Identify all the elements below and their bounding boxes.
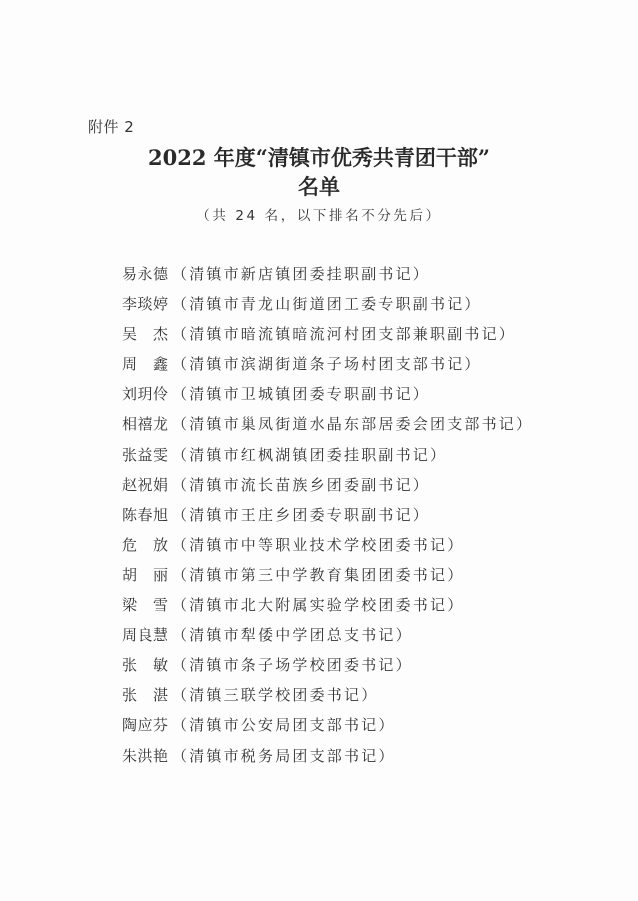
list-item: 危 放（清镇市中等职业技术学校团委书记） bbox=[122, 530, 582, 560]
honoree-position: （清镇市卫城镇团委专职副书记） bbox=[172, 385, 430, 403]
honoree-name: 胡 丽 bbox=[122, 560, 172, 590]
list-item: 赵祝娟（清镇市流长苗族乡团委副书记） bbox=[122, 470, 582, 500]
honoree-position: （清镇市北大附属实验学校团委书记） bbox=[172, 596, 464, 614]
honoree-position: （清镇市红枫湖镇团委挂职副书记） bbox=[172, 446, 447, 464]
honoree-name: 吴 杰 bbox=[122, 319, 172, 349]
list-item: 胡 丽（清镇市第三中学教育集团团委书记） bbox=[122, 560, 582, 590]
honoree-position: （清镇市流长苗族乡团委副书记） bbox=[172, 476, 430, 494]
honoree-position: （清镇市巢凤街道水晶东部居委会团支部书记） bbox=[172, 415, 533, 433]
honoree-position: （清镇市第三中学教育集团团委书记） bbox=[172, 566, 464, 584]
honoree-name: 危 放 bbox=[122, 530, 172, 560]
honoree-name: 刘玥伶 bbox=[122, 379, 172, 409]
honoree-name: 周 鑫 bbox=[122, 349, 172, 379]
list-item: 吴 杰（清镇市暗流镇暗流河村团支部兼职副书记） bbox=[122, 319, 582, 349]
document-title: 2022 年度“清镇市优秀共青团干部” bbox=[0, 142, 638, 172]
list-item: 周良慧（清镇市犁倭中学团总支书记） bbox=[122, 620, 582, 650]
honoree-name: 张 敏 bbox=[122, 650, 172, 680]
attachment-label: 附件 2 bbox=[88, 116, 134, 137]
honoree-position: （清镇市暗流镇暗流河村团支部兼职副书记） bbox=[172, 325, 516, 343]
honoree-name: 朱洪艳 bbox=[122, 741, 172, 771]
honoree-name: 梁 雪 bbox=[122, 590, 172, 620]
document-subtitle: （共 24 名，以下排名不分先后） bbox=[0, 204, 638, 224]
honoree-position: （清镇市王庄乡团委专职副书记） bbox=[172, 506, 430, 524]
honoree-position: （清镇市犁倭中学团总支书记） bbox=[172, 626, 413, 644]
list-item: 陈春旭（清镇市王庄乡团委专职副书记） bbox=[122, 500, 582, 530]
list-item: 张 湛（清镇三联学校团委书记） bbox=[122, 680, 582, 710]
honoree-name: 陈春旭 bbox=[122, 500, 172, 530]
honoree-position: （清镇市青龙山街道团工委专职副书记） bbox=[172, 295, 482, 313]
honoree-list: 易永德（清镇市新店镇团委挂职副书记） 李琰婷（清镇市青龙山街道团工委专职副书记）… bbox=[122, 259, 582, 771]
list-item: 易永德（清镇市新店镇团委挂职副书记） bbox=[122, 259, 582, 289]
list-item: 陶应芬（清镇市公安局团支部书记） bbox=[122, 710, 582, 740]
honoree-name: 周良慧 bbox=[122, 620, 172, 650]
list-item: 梁 雪（清镇市北大附属实验学校团委书记） bbox=[122, 590, 582, 620]
list-item: 相禧龙（清镇市巢凤街道水晶东部居委会团支部书记） bbox=[122, 409, 582, 439]
honoree-name: 易永德 bbox=[122, 259, 172, 289]
honoree-name: 赵祝娟 bbox=[122, 470, 172, 500]
honoree-position: （清镇三联学校团委书记） bbox=[172, 686, 378, 704]
honoree-position: （清镇市税务局团支部书记） bbox=[172, 747, 396, 765]
list-item: 李琰婷（清镇市青龙山街道团工委专职副书记） bbox=[122, 289, 582, 319]
honoree-name: 相禧龙 bbox=[122, 409, 172, 439]
honoree-name: 陶应芬 bbox=[122, 710, 172, 740]
honoree-position: （清镇市公安局团支部书记） bbox=[172, 716, 396, 734]
honoree-name: 张 湛 bbox=[122, 680, 172, 710]
honoree-name: 李琰婷 bbox=[122, 289, 172, 319]
list-item: 周 鑫（清镇市滨湖街道条子场村团支部书记） bbox=[122, 349, 582, 379]
honoree-position: （清镇市滨湖街道条子场村团支部书记） bbox=[172, 355, 482, 373]
document-page: 附件 2 2022 年度“清镇市优秀共青团干部” 名单 （共 24 名，以下排名… bbox=[0, 0, 638, 901]
list-item: 朱洪艳（清镇市税务局团支部书记） bbox=[122, 741, 582, 771]
list-item: 张 敏（清镇市条子场学校团委书记） bbox=[122, 650, 582, 680]
list-item: 刘玥伶（清镇市卫城镇团委专职副书记） bbox=[122, 379, 582, 409]
honoree-position: （清镇市中等职业技术学校团委书记） bbox=[172, 536, 464, 554]
list-item: 张益雯（清镇市红枫湖镇团委挂职副书记） bbox=[122, 440, 582, 470]
honoree-name: 张益雯 bbox=[122, 440, 172, 470]
honoree-position: （清镇市新店镇团委挂职副书记） bbox=[172, 265, 430, 283]
document-title-line-2: 名单 bbox=[0, 171, 638, 201]
honoree-position: （清镇市条子场学校团委书记） bbox=[172, 656, 413, 674]
